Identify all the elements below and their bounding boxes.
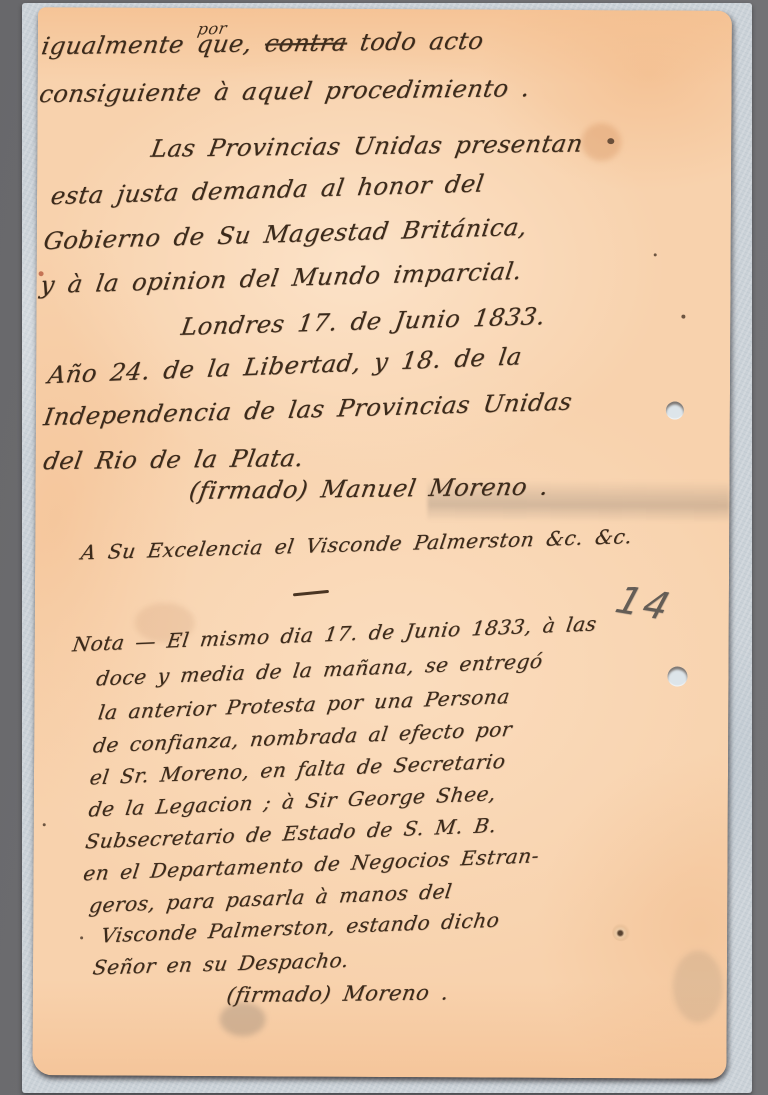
manuscript-line: Año 24. de la Libertad, y 18. de la (46, 344, 523, 387)
punch-hole (666, 401, 684, 419)
nota-line: geros, para pasarla à manos del (88, 881, 453, 915)
manuscript-line: consiguiente à aquel procedimiento . (38, 76, 532, 106)
ink-speck (80, 936, 83, 939)
nota-line: de confianza, nombrada al efecto por (92, 719, 514, 756)
nota-line: la anterior Protesta por una Persona (97, 686, 511, 722)
nota-line: Subsecretario de Estado de S. M. B. (84, 815, 498, 851)
manuscript-line: Gobierno de Su Magestad Británica, (42, 215, 529, 253)
ink-speck (654, 253, 657, 256)
struck-word: contra (263, 29, 350, 58)
ink-speck (43, 823, 46, 826)
stain (581, 123, 621, 161)
smudge (220, 1002, 266, 1036)
manuscript-line: y à la opinion del Mundo imparcial. (39, 259, 524, 297)
pin-puncture (612, 923, 630, 941)
signature-line: (firmado) Moreno . (225, 982, 450, 1006)
nota-line: en el Departamento de Negocios Estran- (82, 845, 540, 883)
nota-line: doce y media de la mañana, se entregó (95, 651, 544, 689)
nota-line: el Sr. Moreno, en falta de Secretario (89, 751, 507, 788)
line-text: todo acto (358, 27, 486, 56)
manuscript-line: Las Provincias Unidas presentan (149, 132, 584, 161)
manuscript-line: del Rio de la Plata. (42, 446, 306, 473)
manuscript-line: igualmente que, contra todo acto (40, 29, 486, 58)
smudge (673, 951, 723, 1023)
inserted-word: por (196, 19, 229, 39)
manuscript-line: esta justa demanda al honor del (49, 172, 486, 209)
ink-speck (681, 315, 685, 319)
divider-dash (293, 590, 329, 596)
punch-hole (667, 666, 687, 686)
nota-line: Nota — El mismo dia 17. de Junio 1833, à… (71, 614, 598, 655)
ink-speck (607, 138, 614, 144)
nota-line: de la Legacion ; à Sir George Shee, (87, 783, 497, 819)
nota-line: Señor en su Despacho. (92, 950, 351, 978)
nota-line: Visconde Palmerston, estando dicho (100, 910, 501, 946)
manuscript-page: igualmente que, contra todo acto por con… (32, 7, 732, 1079)
dateline: Londres 17. de Junio 1833. (180, 304, 547, 339)
address-line: A Su Excelencia el Visconde Palmerston &… (80, 526, 634, 562)
pencil-page-number: 14 (611, 578, 678, 629)
scan-background: igualmente que, contra todo acto por con… (0, 0, 768, 1095)
signature-line: (firmado) Manuel Moreno . (188, 475, 551, 503)
manuscript-line: Independencia de las Provincias Unidas (42, 390, 574, 430)
